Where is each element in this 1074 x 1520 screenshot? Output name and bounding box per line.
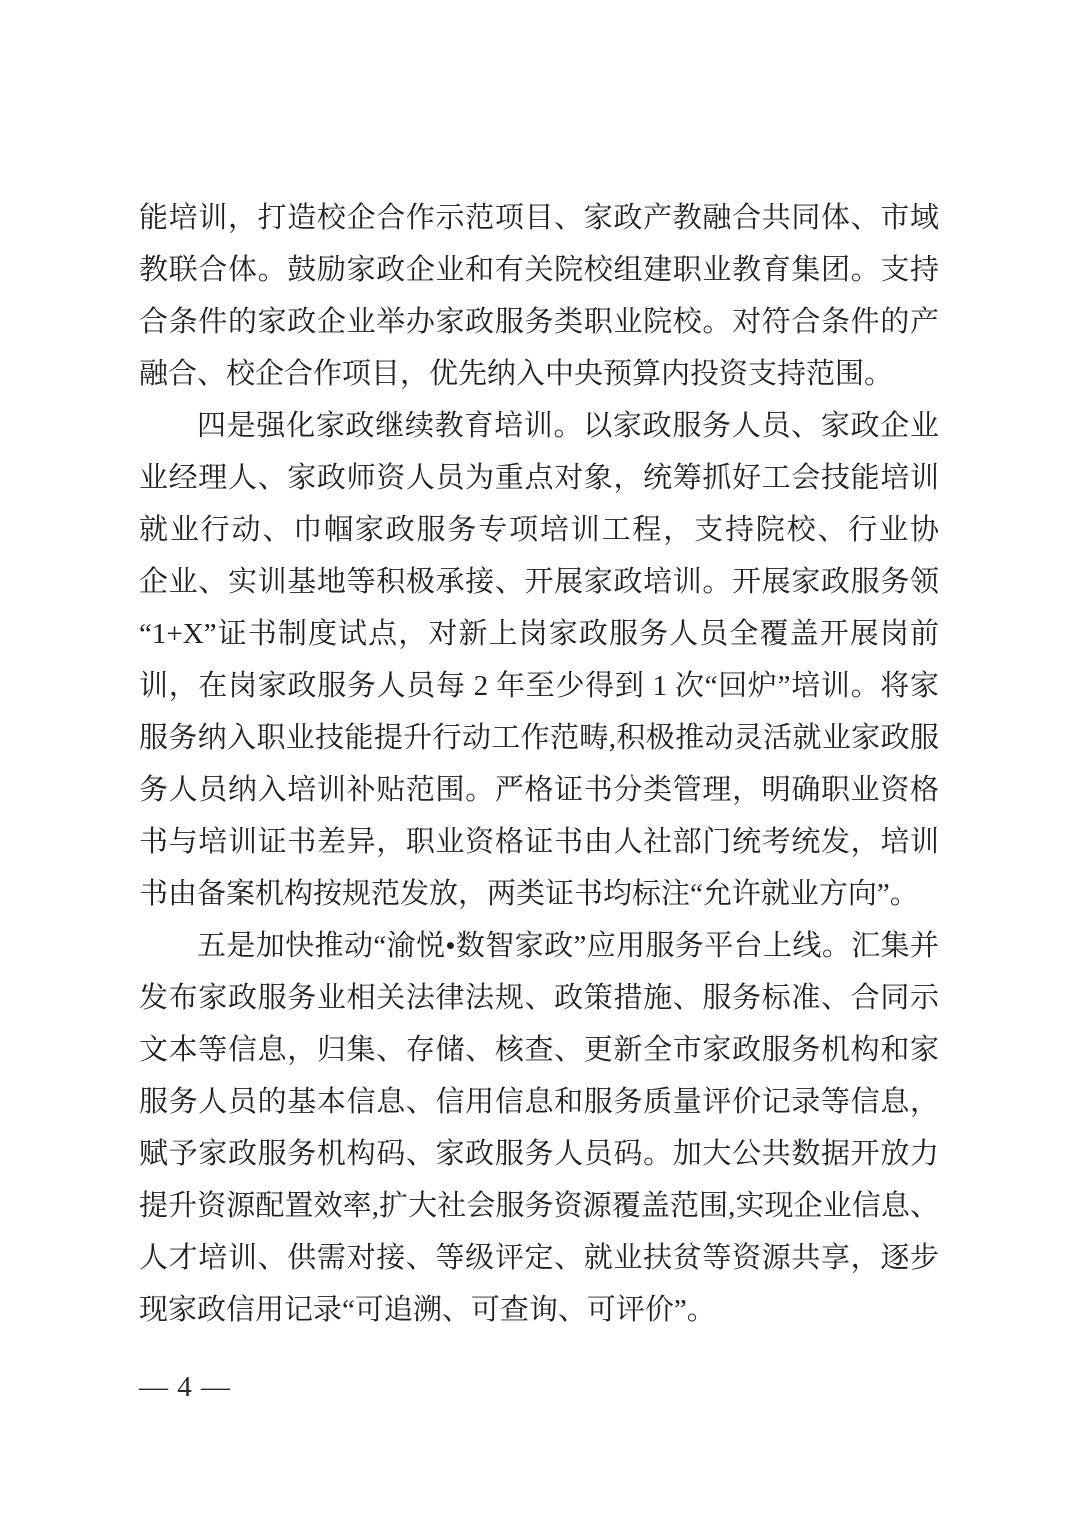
- body-line: 企业、实训基地等积极承接、开展家政培训。开展家政服务领域: [139, 556, 939, 608]
- body-line: 文本等信息，归集、存储、核查、更新全市家政服务机构和家政: [139, 1024, 939, 1076]
- paragraph: 四是强化家政继续教育培训。以家政服务人员、家政企业职 业经理人、家政师资人员为重…: [139, 400, 939, 920]
- document-body: 能培训，打造校企合作示范项目、家政产教融合共同体、市域产 教联合体。鼓励家政企业…: [139, 192, 939, 1336]
- body-line: 融合、校企合作项目，优先纳入中央预算内投资支持范围。: [139, 348, 939, 400]
- page-number: — 4 —: [139, 1371, 231, 1403]
- body-line: 人才培训、供需对接、等级评定、就业扶贫等资源共享，逐步实: [139, 1232, 939, 1284]
- page-footer: — 4 —: [139, 1372, 231, 1402]
- paragraph: 五是加快推动“渝悦•数智家政”应用服务平台上线。汇集并 发布家政服务业相关法律法…: [139, 920, 939, 1336]
- body-line: 五是加快推动“渝悦•数智家政”应用服务平台上线。汇集并: [139, 920, 939, 972]
- body-line: 赋予家政服务机构码、家政服务人员码。加大公共数据开放力度，: [139, 1128, 939, 1180]
- paragraph: 能培训，打造校企合作示范项目、家政产教融合共同体、市域产 教联合体。鼓励家政企业…: [139, 192, 939, 400]
- body-line: 提升资源配置效率,扩大社会服务资源覆盖范围,实现企业信息、: [139, 1180, 939, 1232]
- body-line: 就业行动、巾帼家政服务专项培训工程，支持院校、行业协会、: [139, 504, 939, 556]
- body-line: 服务人员的基本信息、信用信息和服务质量评价记录等信息，并: [139, 1076, 939, 1128]
- body-line: 服务纳入职业技能提升行动工作范畴,积极推动灵活就业家政服: [139, 712, 939, 764]
- body-line: 能培训，打造校企合作示范项目、家政产教融合共同体、市域产: [139, 192, 939, 244]
- body-line: 务人员纳入培训补贴范围。严格证书分类管理，明确职业资格证: [139, 764, 939, 816]
- body-line: 书由备案机构按规范发放，两类证书均标注“允许就业方向”。: [139, 868, 939, 920]
- body-line: 四是强化家政继续教育培训。以家政服务人员、家政企业职: [139, 400, 939, 452]
- body-line: 书与培训证书差异，职业资格证书由人社部门统考统发，培训证: [139, 816, 939, 868]
- body-line: 业经理人、家政师资人员为重点对象，统筹抓好工会技能培训促: [139, 452, 939, 504]
- body-line: 训，在岗家政服务人员每 2 年至少得到 1 次“回炉”培训。将家政: [139, 660, 939, 712]
- body-line: 发布家政服务业相关法律法规、政策措施、服务标准、合同示范: [139, 972, 939, 1024]
- document-page: 能培训，打造校企合作示范项目、家政产教融合共同体、市域产 教联合体。鼓励家政企业…: [0, 0, 1074, 1520]
- body-line: 合条件的家政企业举办家政服务类职业院校。对符合条件的产教: [139, 296, 939, 348]
- body-line: 现家政信用记录“可追溯、可查询、可评价”。: [139, 1284, 939, 1336]
- body-line: “1+X”证书制度试点，对新上岗家政服务人员全覆盖开展岗前培: [139, 608, 939, 660]
- body-line: 教联合体。鼓励家政企业和有关院校组建职业教育集团。支持符: [139, 244, 939, 296]
